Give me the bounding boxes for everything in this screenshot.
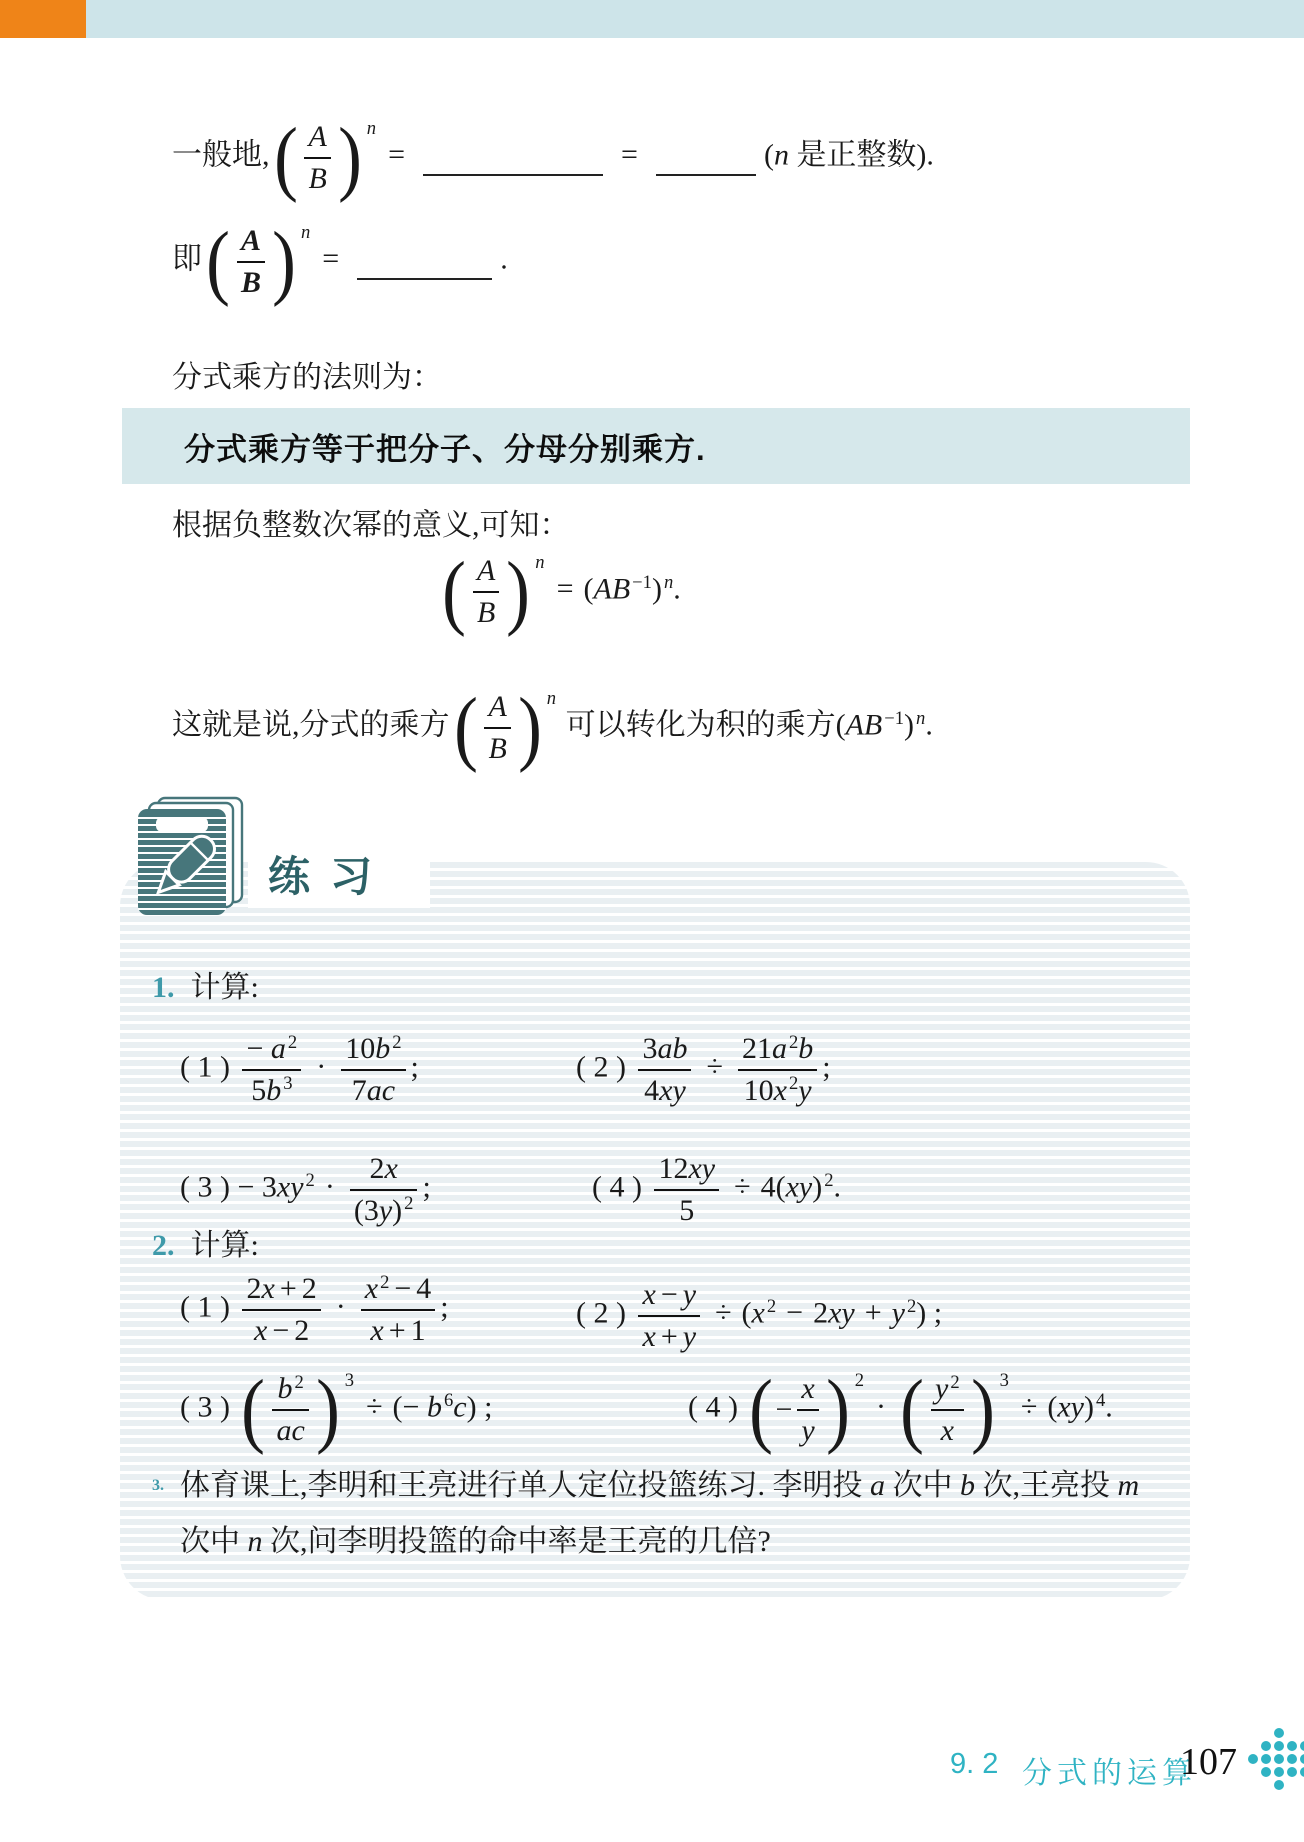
fraction-bar — [272, 1409, 308, 1411]
math-variable: x — [384, 1152, 397, 1185]
rule-highlight-box: 分式乘方等于把分子、分母分别乘方. — [122, 408, 1190, 484]
right-paren-icon: ) — [338, 120, 362, 196]
math-fraction: AB — [473, 552, 499, 631]
math-operator: ÷ — [366, 1390, 382, 1424]
math-operator: = — [388, 138, 405, 172]
math-text: ) — [904, 708, 914, 741]
math-variable: b — [277, 1372, 292, 1405]
math-variable: ac — [276, 1414, 304, 1447]
math-text: ) ; — [467, 1390, 493, 1423]
math-variable: x — [801, 1372, 814, 1405]
math-superscript: 2 — [950, 1371, 959, 1394]
math-text: 次,王亮投 — [975, 1469, 1118, 1502]
math-variable: x — [642, 1278, 655, 1311]
math-text: 2 — [302, 1272, 317, 1305]
math-operator: + — [865, 1296, 882, 1330]
math-text: 是正整数). — [789, 138, 934, 171]
conversion-paragraph: 这就是说,分式的乘方(AB)n 可以转化为积的乘方(AB−1)n. — [172, 688, 1192, 767]
fraction-bar — [931, 1409, 964, 1411]
math-text: 5 — [679, 1194, 694, 1227]
math-superscript: −1 — [632, 572, 652, 594]
math-text: ( — [584, 572, 594, 605]
fraction-denominator: B — [304, 160, 330, 198]
fraction-denominator: B — [237, 264, 265, 302]
fraction-bar — [304, 157, 330, 159]
math-exponent: 3 — [1000, 1370, 1009, 1392]
math-operator: ÷ — [734, 1170, 750, 1204]
math-text: (3 — [354, 1194, 379, 1227]
math-superscript: 2 — [294, 1371, 303, 1394]
fraction-numerator: 12xy — [654, 1150, 719, 1188]
math-variable: x — [774, 1074, 787, 1107]
dot — [1287, 1767, 1297, 1777]
math-superscript: −1 — [884, 708, 904, 730]
paren-content: AB — [299, 118, 335, 197]
math-parenthesized: (AB)n — [440, 552, 545, 631]
math-variable: y — [683, 1320, 696, 1353]
math-text: ( 3 ) — [180, 1390, 237, 1423]
math-parenthesized: (AB)n — [272, 118, 377, 197]
math-fraction: x2−4x+1 — [361, 1270, 436, 1349]
q2-item-2-formula: ( 2 ) x−yx+y÷(x2−2xy+y2) ; — [576, 1276, 942, 1355]
fraction-denominator: 10x2y — [740, 1072, 816, 1110]
math-fraction: xy — [797, 1370, 818, 1449]
math-variable: b — [375, 1032, 390, 1065]
right-paren-icon: ) — [518, 690, 542, 766]
dot-pattern-icon — [1248, 1728, 1304, 1796]
question-3-text: 体育课上,李明和王亮进行单人定位投篮练习. 李明投 a 次中 b 次,王亮投 m… — [180, 1458, 1170, 1570]
dot — [1300, 1767, 1304, 1777]
math-variable: x — [941, 1414, 954, 1447]
math-fraction: y2x — [931, 1370, 964, 1449]
fraction-denominator: y — [797, 1412, 818, 1450]
math-text: ( 4 ) — [688, 1390, 745, 1423]
math-text: 10 — [744, 1074, 774, 1107]
math-fraction: b2ac — [272, 1370, 308, 1449]
math-fraction: 2x+2x−2 — [242, 1270, 320, 1349]
fraction-numerator: A — [237, 222, 265, 260]
math-operator: ÷ — [715, 1296, 731, 1330]
math-operator: + — [280, 1270, 297, 1308]
math-operator: = — [621, 138, 638, 172]
right-paren-icon: ) — [272, 224, 296, 300]
math-fraction: 21a2b10x2y — [738, 1030, 817, 1109]
math-text: ( — [1047, 1390, 1057, 1423]
fraction-numerator: 2x — [365, 1150, 401, 1188]
dot — [1274, 1767, 1284, 1777]
left-paren-icon: ( — [242, 1372, 266, 1448]
dot — [1287, 1741, 1297, 1751]
math-text: ; — [822, 1050, 830, 1083]
math-variable: A — [308, 120, 326, 153]
negative-power-intro: 根据负整数次幂的意义,可知： — [172, 500, 570, 544]
fraction-denominator: x−2 — [250, 1312, 313, 1350]
math-fraction: AB — [484, 688, 510, 767]
math-text: . — [673, 572, 681, 605]
math-operator: = — [557, 572, 574, 606]
math-variable: B — [488, 732, 506, 765]
dot — [1274, 1741, 1284, 1751]
math-superscript: 2 — [789, 1072, 798, 1095]
math-exponent: 2 — [855, 1370, 864, 1392]
math-text: − — [246, 1032, 270, 1065]
fill-in-blank — [423, 146, 603, 176]
math-operator: − — [786, 1296, 803, 1330]
math-text: − — [775, 1393, 792, 1427]
math-text: ( 3 ) − 3 — [180, 1170, 277, 1203]
math-variable: a — [271, 1032, 286, 1065]
right-paren-icon: ) — [971, 1372, 995, 1448]
math-variable: x — [261, 1272, 274, 1305]
dot — [1274, 1780, 1284, 1790]
math-text: ) — [392, 1194, 402, 1227]
fraction-denominator: 4xy — [640, 1072, 690, 1110]
math-text: 3 — [642, 1032, 657, 1065]
math-variable: B — [308, 162, 326, 195]
fraction-denominator: x+1 — [366, 1312, 429, 1350]
math-text: ( 1 ) — [180, 1050, 237, 1083]
math-variable: a — [772, 1032, 787, 1065]
question-2-title: 计算: — [191, 1229, 259, 1262]
math-text: ; — [440, 1290, 448, 1323]
math-fraction: 10b27ac — [341, 1030, 405, 1109]
notebook-pencil-icon — [132, 796, 248, 922]
math-operator: + — [661, 1318, 678, 1356]
fraction-denominator: x+y — [638, 1318, 700, 1356]
q1-item-3-formula: ( 3 ) − 3xy2·2x(3y)2; — [180, 1150, 431, 1229]
paren-content: b2ac — [267, 1370, 313, 1449]
math-operator: · — [325, 1170, 335, 1204]
math-text: 7 — [352, 1074, 367, 1107]
fraction-denominator: 7ac — [348, 1072, 399, 1110]
question-3: 3. 体育课上,李明和王亮进行单人定位投篮练习. 李明投 a 次中 b 次,王亮… — [152, 1458, 1172, 1570]
math-variable: b — [798, 1032, 813, 1065]
math-fraction: x−yx+y — [638, 1276, 700, 1355]
math-variable-bold: B — [241, 266, 261, 299]
math-text: ) ; — [916, 1296, 942, 1329]
dot — [1274, 1728, 1284, 1738]
paren-content: AB — [232, 222, 270, 301]
math-exponent: n — [535, 552, 544, 574]
fraction-bar — [654, 1189, 719, 1191]
math-parenthesized: (− xy)2 — [747, 1370, 864, 1449]
math-text: 次中 — [180, 1525, 248, 1558]
left-paren-icon: ( — [274, 120, 298, 196]
math-variable: c — [453, 1390, 466, 1423]
math-variable: x — [642, 1320, 655, 1353]
question-2-header: 2.计算: — [152, 1220, 259, 1264]
dot — [1261, 1767, 1271, 1777]
math-variable: x — [254, 1314, 267, 1347]
fraction-bar — [484, 727, 510, 729]
math-variable: ab — [657, 1032, 687, 1065]
math-operator: ÷ — [706, 1050, 722, 1084]
fraction-denominator: ac — [272, 1412, 308, 1450]
math-exponent: 3 — [345, 1370, 354, 1392]
math-text: 10 — [345, 1032, 375, 1065]
math-parenthesized: (AB)n — [452, 688, 557, 767]
math-superscript: 2 — [380, 1271, 389, 1294]
law-intro-text: 分式乘方的法则为： — [172, 352, 442, 396]
math-superscript: 2 — [306, 1170, 315, 1192]
math-operator: · — [876, 1390, 886, 1424]
dot — [1261, 1754, 1271, 1764]
paren-content: AB — [479, 688, 515, 767]
math-variable: y — [798, 1074, 811, 1107]
math-superscript: 2 — [392, 1031, 401, 1054]
fraction-numerator: x — [797, 1370, 818, 1408]
fraction-bar — [473, 591, 499, 593]
math-variable: A — [488, 690, 506, 723]
fraction-denominator: 5 — [675, 1192, 698, 1230]
math-variable: xy — [1057, 1390, 1084, 1423]
math-variable: xy — [688, 1152, 715, 1185]
math-variable: AB — [846, 708, 883, 741]
q2-item-3-formula: ( 3 ) (b2ac)3÷(− b6c) ; — [180, 1370, 492, 1449]
math-variable: xy — [277, 1170, 304, 1203]
math-operator: = — [322, 242, 339, 276]
math-text: 体育课上,李明和王亮进行单人定位投篮练习. 李明投 — [180, 1469, 870, 1502]
header-accent-orange — [0, 0, 86, 38]
math-variable: ac — [367, 1074, 395, 1107]
math-text: (− — [393, 1390, 427, 1423]
question-3-number: 3. — [152, 1458, 164, 1514]
paren-content: y2x — [926, 1370, 969, 1449]
math-text: 即 — [172, 242, 202, 275]
math-text: 21 — [742, 1032, 772, 1065]
math-text: ) — [652, 572, 662, 605]
exercise-title: 练习 — [268, 844, 392, 904]
math-variable: AB — [594, 572, 631, 605]
math-text: ( 2 ) — [576, 1296, 633, 1329]
math-fraction: AB — [304, 118, 330, 197]
math-text: 一般地, — [172, 138, 270, 171]
math-text: ; — [411, 1050, 419, 1083]
math-text: ; — [422, 1170, 430, 1203]
math-variable: m — [1118, 1469, 1140, 1502]
fraction-bar — [237, 261, 265, 263]
fraction-numerator: x−y — [638, 1276, 700, 1314]
math-variable: xy — [659, 1074, 686, 1107]
dot — [1300, 1741, 1304, 1751]
formula-ji-definition: 即(AB)n=. — [172, 222, 508, 301]
dot — [1274, 1754, 1284, 1764]
question-2-number: 2. — [152, 1229, 175, 1262]
fraction-numerator: b2 — [273, 1370, 307, 1408]
paren-content: − xy — [775, 1370, 823, 1449]
math-fraction: 2x(3y)2 — [350, 1150, 418, 1229]
math-variable: y — [892, 1296, 905, 1329]
fraction-bar — [638, 1069, 691, 1071]
math-fraction: − a25b3 — [242, 1030, 301, 1109]
math-parenthesized: (y2x)3 — [898, 1370, 1009, 1449]
math-text: . — [834, 1170, 842, 1203]
fraction-denominator: B — [473, 594, 499, 632]
header-band — [86, 0, 1304, 38]
math-text: ( — [764, 138, 774, 171]
math-superscript: 3 — [283, 1072, 292, 1095]
fraction-bar — [242, 1309, 320, 1311]
math-text: . — [1105, 1390, 1113, 1423]
math-operator: + — [389, 1312, 406, 1350]
math-text: 4 — [416, 1272, 431, 1305]
q1-item-2-formula: ( 2 ) 3ab4xy÷21a2b10x2y; — [576, 1030, 831, 1109]
math-superscript: 2 — [288, 1031, 297, 1054]
question-1-title: 计算: — [191, 971, 259, 1004]
math-text: ( — [742, 1296, 752, 1329]
math-superscript: n — [664, 572, 673, 594]
math-text: 2 — [246, 1272, 261, 1305]
math-variable: y — [683, 1278, 696, 1311]
math-operator: − — [661, 1276, 678, 1314]
math-variable: x — [752, 1296, 765, 1329]
left-paren-icon: ( — [206, 224, 230, 300]
question-1-number: 1. — [152, 971, 175, 1004]
math-exponent: n — [367, 118, 376, 140]
math-variable: y — [935, 1372, 948, 1405]
fraction-numerator: y2 — [931, 1370, 964, 1408]
footer-section-number: 9. 2 — [950, 1748, 998, 1781]
math-text: 2 — [813, 1296, 828, 1329]
footer-section-title: 分式的运算 — [1022, 1748, 1197, 1792]
math-superscript: 6 — [444, 1390, 453, 1412]
math-operator: · — [336, 1290, 346, 1324]
math-parenthesized: (AB)n — [204, 222, 310, 301]
math-text: ( 4 ) — [592, 1170, 649, 1203]
fraction-numerator: 10b2 — [341, 1030, 405, 1068]
right-paren-icon: ) — [506, 554, 530, 630]
fraction-bar — [341, 1069, 405, 1071]
fraction-denominator: B — [484, 730, 510, 768]
math-text: 次,问李明投篮的命中率是王亮的几倍? — [263, 1525, 771, 1558]
math-variable: y — [801, 1414, 814, 1447]
math-text: ( 2 ) — [576, 1050, 633, 1083]
fraction-bar — [242, 1069, 301, 1071]
math-superscript: 2 — [404, 1192, 413, 1215]
math-text: 次中 — [885, 1469, 960, 1502]
left-paren-icon: ( — [442, 554, 466, 630]
fraction-denominator: x — [937, 1412, 958, 1450]
math-variable: a — [870, 1469, 885, 1502]
math-exponent: n — [547, 688, 556, 710]
right-paren-icon: ) — [316, 1372, 340, 1448]
math-text: 2 — [294, 1314, 309, 1347]
math-text: ( 1 ) — [180, 1290, 237, 1323]
left-paren-icon: ( — [750, 1372, 774, 1448]
math-text: 可以转化为积的乘方( — [558, 708, 846, 741]
math-variable: y — [379, 1194, 392, 1227]
fraction-numerator: x2−4 — [361, 1270, 436, 1308]
page-number: 107 — [1180, 1740, 1237, 1784]
math-superscript: 2 — [789, 1031, 798, 1054]
math-text: . — [925, 708, 933, 741]
fraction-denominator: 5b3 — [247, 1072, 296, 1110]
math-variable: n — [248, 1525, 263, 1558]
fraction-numerator: − a2 — [242, 1030, 301, 1068]
math-variable: b — [960, 1469, 975, 1502]
paren-content: AB — [468, 552, 504, 631]
fraction-bar — [361, 1309, 436, 1311]
fraction-numerator: 21a2b — [738, 1030, 817, 1068]
fill-in-blank — [357, 250, 492, 280]
math-text: 2 — [369, 1152, 384, 1185]
math-fraction: 3ab4xy — [638, 1030, 691, 1109]
math-text: ) — [1084, 1390, 1094, 1423]
math-text: 这就是说,分式的乘方 — [172, 708, 450, 741]
math-variable: A — [477, 554, 495, 587]
math-superscript: 2 — [767, 1296, 776, 1318]
formula-product-power: (AB)n=(AB−1)n. — [438, 552, 681, 631]
q2-item-4-formula: ( 4 ) (− xy)2·(y2x)3÷(xy)4. — [688, 1370, 1113, 1449]
math-text: 12 — [658, 1152, 688, 1185]
math-text: ) — [812, 1170, 822, 1203]
fraction-numerator: 2x+2 — [242, 1270, 320, 1308]
right-paren-icon: ) — [826, 1372, 850, 1448]
math-text: 5 — [251, 1074, 266, 1107]
textbook-page: 一般地,(AB)n==(n 是正整数). 即(AB)n=. 分式乘方的法则为： … — [0, 0, 1304, 1842]
q1-item-4-formula: ( 4 ) 12xy5÷4(xy)2. — [592, 1150, 841, 1229]
math-variable: b — [427, 1390, 442, 1423]
dot — [1248, 1754, 1258, 1764]
math-variable: xy — [828, 1296, 855, 1329]
fraction-denominator: (3y)2 — [350, 1192, 418, 1230]
math-variable-bold: A — [241, 224, 261, 257]
math-variable: B — [477, 596, 495, 629]
math-text: . — [500, 242, 508, 275]
math-variable: b — [266, 1074, 281, 1107]
math-operator: − — [272, 1312, 289, 1350]
fraction-numerator: A — [473, 552, 499, 590]
math-superscript: 2 — [824, 1170, 833, 1192]
left-paren-icon: ( — [900, 1372, 924, 1448]
math-text: 1 — [411, 1314, 426, 1347]
math-fraction: 12xy5 — [654, 1150, 719, 1229]
left-paren-icon: ( — [454, 690, 478, 766]
math-superscript: 4 — [1096, 1390, 1105, 1412]
question-1-header: 1.计算: — [152, 962, 259, 1006]
math-variable: xy — [786, 1170, 813, 1203]
math-exponent: n — [301, 222, 310, 244]
fraction-bar — [738, 1069, 817, 1071]
math-operator: ÷ — [1021, 1390, 1037, 1424]
fraction-numerator: A — [484, 688, 510, 726]
fraction-numerator: A — [304, 118, 330, 156]
math-parenthesized: (b2ac)3 — [239, 1370, 354, 1449]
math-variable: x — [365, 1272, 378, 1305]
math-variable: x — [370, 1314, 383, 1347]
fraction-numerator: 3ab — [638, 1030, 691, 1068]
fill-in-blank — [656, 146, 756, 176]
q1-item-1-formula: ( 1 ) − a25b3·10b27ac; — [180, 1030, 419, 1109]
math-text: 4 — [644, 1074, 659, 1107]
dot — [1300, 1754, 1304, 1764]
math-text: 4( — [761, 1170, 786, 1203]
math-fraction: AB — [237, 222, 265, 301]
fraction-bar — [638, 1315, 700, 1317]
q2-item-1-formula: ( 1 ) 2x+2x−2·x2−4x+1; — [180, 1270, 449, 1349]
fraction-bar — [797, 1409, 818, 1411]
math-superscript: 2 — [907, 1296, 916, 1318]
dot — [1261, 1741, 1271, 1751]
math-operator: · — [316, 1050, 326, 1084]
math-superscript: n — [916, 708, 925, 730]
fraction-bar — [350, 1189, 418, 1191]
formula-general-definition: 一般地,(AB)n==(n 是正整数). — [172, 118, 934, 197]
dot — [1287, 1754, 1297, 1764]
math-operator: − — [394, 1270, 411, 1308]
math-variable: n — [774, 138, 789, 171]
rule-text: 分式乘方等于把分子、分母分别乘方. — [184, 424, 706, 469]
